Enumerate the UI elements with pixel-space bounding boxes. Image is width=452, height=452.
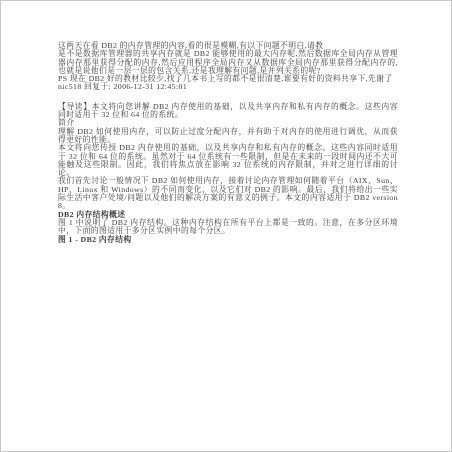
article-paragraph: 我们首先讨论一般情况下 DB2 如何使用内存，接着讨论内存管理如何随着平台（AI…	[58, 177, 398, 210]
post-line: 是不是数据库管理器的共享内存就是 DB2 能够使用的最大内存呢,然后数据库全局内…	[58, 50, 398, 75]
article-lead: 【导读】本文将向您讲解 DB2 内存使用的基础，以及共享内存和私有内存的概念。这…	[58, 103, 398, 120]
article-paragraph: 理解 DB2 如何使用内存，可以防止过度分配内存，并有助于对内存的使用进行调优，…	[58, 128, 398, 145]
forum-post: 这两天在看 DB2 的内存管理的内容,看的很是模糊,有以下问题不明白,请教 是不…	[58, 42, 398, 83]
reply-author-timestamp: nic518 回复于: 2006-12-31 12:45:01	[58, 83, 398, 91]
document-page: 这两天在看 DB2 的内存管理的内容,看的很是模糊,有以下问题不明白,请教 是不…	[0, 0, 452, 452]
figure-caption: 图 1 - DB2 内存结构	[58, 236, 398, 244]
article-paragraph: 本文将向您传授 DB2 内存使用的基础，以及共享内存和私有内存的概念。这些内容同…	[58, 144, 398, 177]
document-content: 这两天在看 DB2 的内存管理的内容,看的很是模糊,有以下问题不明白,请教 是不…	[58, 42, 398, 244]
figure-intro-paragraph: 图 1 中说明了 DB2 内存结构。这种内存结构在所有平台上都是一致的。注意，在…	[58, 219, 398, 236]
article-lead-block: 【导读】本文将向您讲解 DB2 内存使用的基础，以及共享内存和私有内存的概念。这…	[58, 103, 398, 128]
